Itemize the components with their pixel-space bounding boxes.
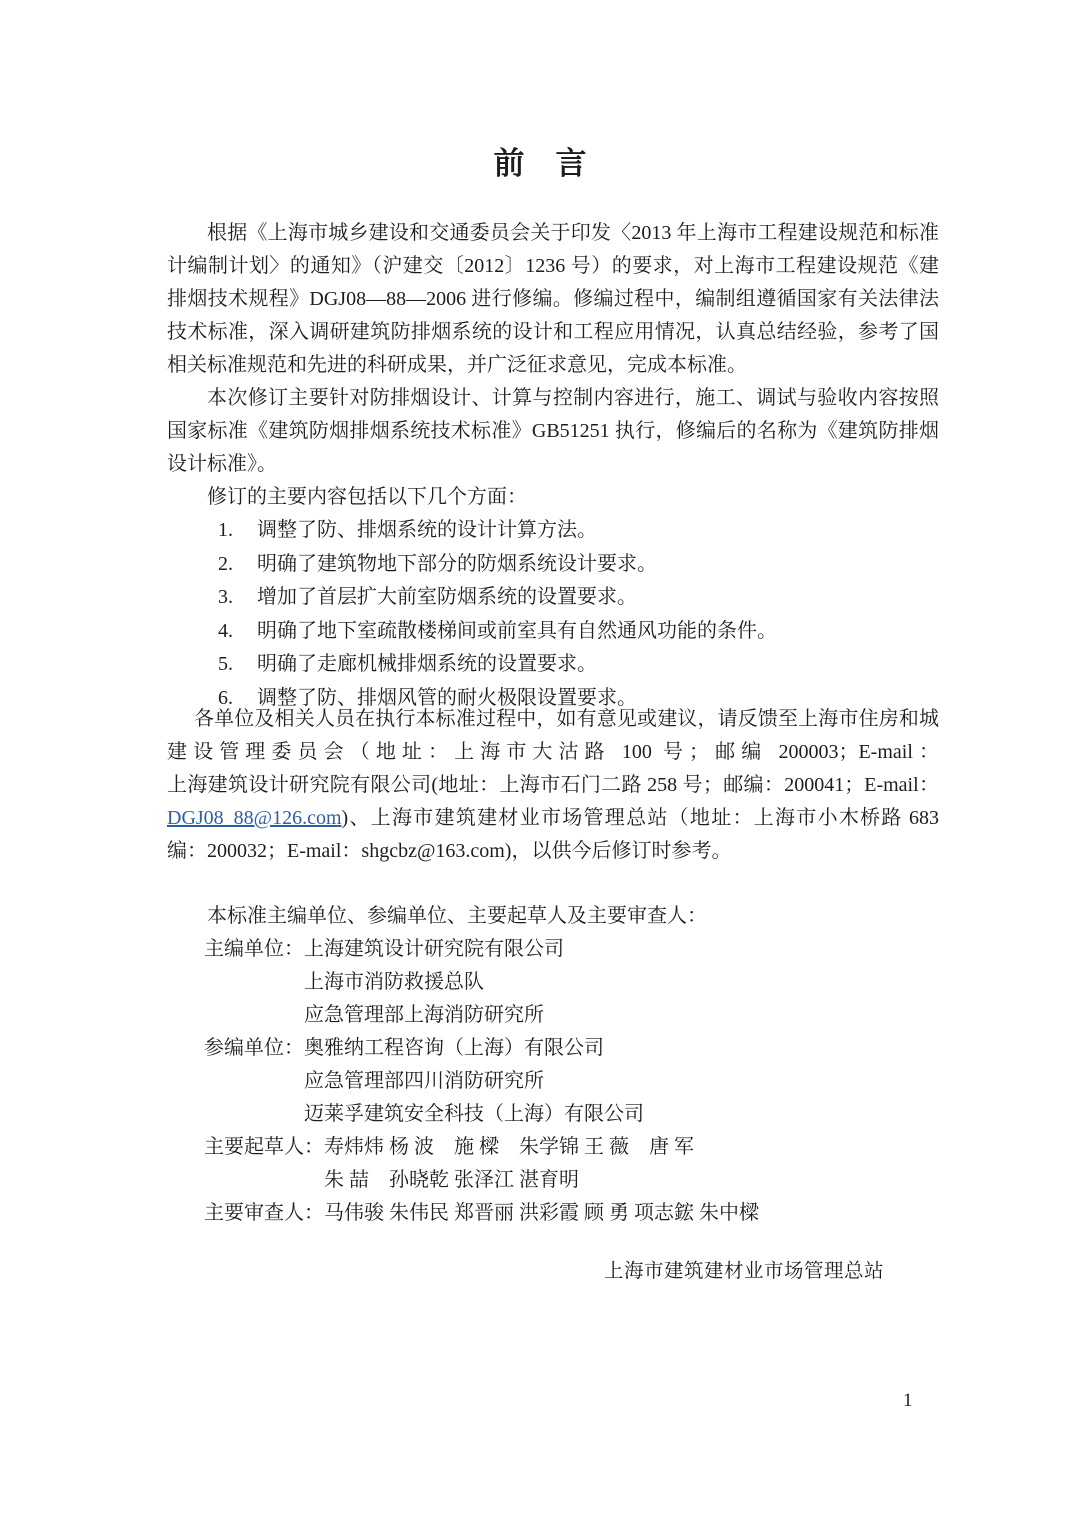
credit-label: 主编单位： <box>204 938 304 960</box>
revision-summary-paragraph: 本次修订主要针对防排烟设计、计算与控制内容进行，施工、调试与验收内容按照现行国家… <box>167 382 939 481</box>
list-item-text: 增加了首层扩大前室防烟系统的设置要求。 <box>257 586 637 608</box>
text-line: DGJ08_88@126.com)、上海市建筑建材业市场管理总站（地址：上海市小… <box>167 802 939 835</box>
list-item-text: 调整了防、排烟系统的设计计算方法。 <box>257 519 597 541</box>
credit-row: 主编单位：上海建筑设计研究院有限公司 <box>167 933 939 966</box>
credit-row: 主要起草人：寿炜炜 杨 波 施 樑 朱学锦 王 薇 唐 军 <box>167 1131 939 1164</box>
credit-label: 主要审查人： <box>204 1202 324 1224</box>
credit-value: 奥雅纳工程咨询（上海）有限公司 <box>304 1037 604 1059</box>
list-item-text: 明确了建筑物地下部分的防烟系统设计要求。 <box>257 553 657 575</box>
credit-value: 朱 喆 孙晓乾 张泽江 湛育明 <box>324 1169 579 1191</box>
list-item: 5.明确了走廊机械排烟系统的设置要求。 <box>167 648 939 682</box>
text-line: 设计标准》。 <box>167 448 939 481</box>
text-segment: 编：200032；E-mail：shgcbz@163.com)，以供今后修订时参… <box>167 840 731 862</box>
list-item: 4.明确了地下室疏散楼梯间或前室具有自然通风功能的条件。 <box>167 615 939 649</box>
list-item-text: 明确了地下室疏散楼梯间或前室具有自然通风功能的条件。 <box>257 620 777 642</box>
issuing-organization: 上海市建筑建材业市场管理总站 <box>604 1255 884 1283</box>
credit-row: 参编单位：迈莱孚建筑安全科技（上海）有限公司 <box>167 1098 939 1131</box>
list-item-text: 明确了走廊机械排烟系统的设置要求。 <box>257 653 597 675</box>
text-segment: 建设管理委员会（地址：上海市大沽路 100 号；邮编 200003；E-mail… <box>167 741 939 769</box>
text-line: 本标准主编单位、参编单位、主要起草人及主要审查人： <box>167 900 939 933</box>
list-item-number: 4. <box>218 615 257 649</box>
text-line: 根据《上海市城乡建设和交通委员会关于印发〈2013 年上海市工程建设规范和标准设 <box>167 217 939 250</box>
text-segment: 各单位及相关人员在执行本标准过程中，如有意见或建议，请反馈至上海市住房和城乡 <box>167 708 939 736</box>
text-line: 国家标准《建筑防烟排烟系统技术标准》GB51251 执行，修编后的名称为《建筑防… <box>167 415 939 448</box>
list-item: 2.明确了建筑物地下部分的防烟系统设计要求。 <box>167 548 939 582</box>
text-line: 上海建筑设计研究院有限公司(地址：上海市石门二路 258 号；邮编：200041… <box>167 769 939 802</box>
credit-value: 迈莱孚建筑安全科技（上海）有限公司 <box>304 1103 644 1125</box>
scope-intro-line: 修订的主要内容包括以下几个方面： <box>167 481 939 514</box>
intro-paragraph: 根据《上海市城乡建设和交通委员会关于印发〈2013 年上海市工程建设规范和标准设… <box>167 217 939 382</box>
list-item-number: 2. <box>218 548 257 582</box>
list-item-number: 3. <box>218 581 257 615</box>
credit-row: 主编单位：上海市消防救援总队 <box>167 966 939 999</box>
credit-label: 参编单位： <box>204 1037 304 1059</box>
text-line: 建设管理委员会（地址：上海市大沽路 100 号；邮编 200003；E-mail… <box>167 736 939 769</box>
credit-value: 应急管理部四川消防研究所 <box>304 1070 544 1092</box>
credit-row: 参编单位：奥雅纳工程咨询（上海）有限公司 <box>167 1032 939 1065</box>
credits-section: 本标准主编单位、参编单位、主要起草人及主要审查人：主编单位：上海建筑设计研究院有… <box>167 900 939 1230</box>
text-line: 编：200032；E-mail：shgcbz@163.com)，以供今后修订时参… <box>167 835 939 868</box>
feedback-paragraph: 各单位及相关人员在执行本标准过程中，如有意见或建议，请反馈至上海市住房和城乡建设… <box>167 703 939 868</box>
credit-row: 参编单位：应急管理部四川消防研究所 <box>167 1065 939 1098</box>
text-line: 计编制计划〉的通知》（沪建交〔2012〕1236 号）的要求，对上海市工程建设规… <box>167 250 939 283</box>
page-title: 前 言 <box>0 138 1080 183</box>
text-line: 本次修订主要针对防排烟设计、计算与控制内容进行，施工、调试与验收内容按照现行 <box>167 382 939 415</box>
credit-value: 上海市消防救援总队 <box>304 971 484 993</box>
page-number: 1 <box>903 1390 913 1412</box>
revision-items-list: 1.调整了防、排烟系统的设计计算方法。2.明确了建筑物地下部分的防烟系统设计要求… <box>167 514 939 715</box>
credit-value: 应急管理部上海消防研究所 <box>304 1004 544 1026</box>
email-link[interactable]: DGJ08_88@126.com <box>167 807 342 829</box>
text-line: 技术标准，深入调研建筑防排烟系统的设计和工程应用情况，认真总结经验，参考了国内外 <box>167 316 939 349</box>
credit-row: 主编单位：应急管理部上海消防研究所 <box>167 999 939 1032</box>
credit-value: 上海建筑设计研究院有限公司 <box>304 938 564 960</box>
text-line: 排烟技术规程》DGJ08—88—2006 进行修编。修编过程中，编制组遵循国家有… <box>167 283 939 316</box>
text-line: 相关标准规范和先进的科研成果，并广泛征求意见，完成本标准。 <box>167 349 939 382</box>
text-line: 各单位及相关人员在执行本标准过程中，如有意见或建议，请反馈至上海市住房和城乡 <box>167 703 939 736</box>
credit-row: 主要审查人：马伟骏 朱伟民 郑晋丽 洪彩霞 顾 勇 项志鋐 朱中樑 <box>167 1197 939 1230</box>
list-item: 1.调整了防、排烟系统的设计计算方法。 <box>167 514 939 548</box>
list-item-number: 5. <box>218 648 257 682</box>
credit-value: 寿炜炜 杨 波 施 樑 朱学锦 王 薇 唐 军 <box>324 1136 694 1158</box>
credit-value: 马伟骏 朱伟民 郑晋丽 洪彩霞 顾 勇 项志鋐 朱中樑 <box>324 1202 759 1224</box>
credit-label: 主要起草人： <box>204 1136 324 1158</box>
credit-row: 主要起草人：朱 喆 孙晓乾 张泽江 湛育明 <box>167 1164 939 1197</box>
document-page: 前 言 根据《上海市城乡建设和交通委员会关于印发〈2013 年上海市工程建设规范… <box>0 0 1080 1527</box>
list-item-number: 1. <box>218 514 257 548</box>
text-segment: 上海建筑设计研究院有限公司(地址：上海市石门二路 258 号；邮编：200041… <box>167 774 939 796</box>
list-item: 3.增加了首层扩大前室防烟系统的设置要求。 <box>167 581 939 615</box>
text-line: 修订的主要内容包括以下几个方面： <box>167 481 939 514</box>
